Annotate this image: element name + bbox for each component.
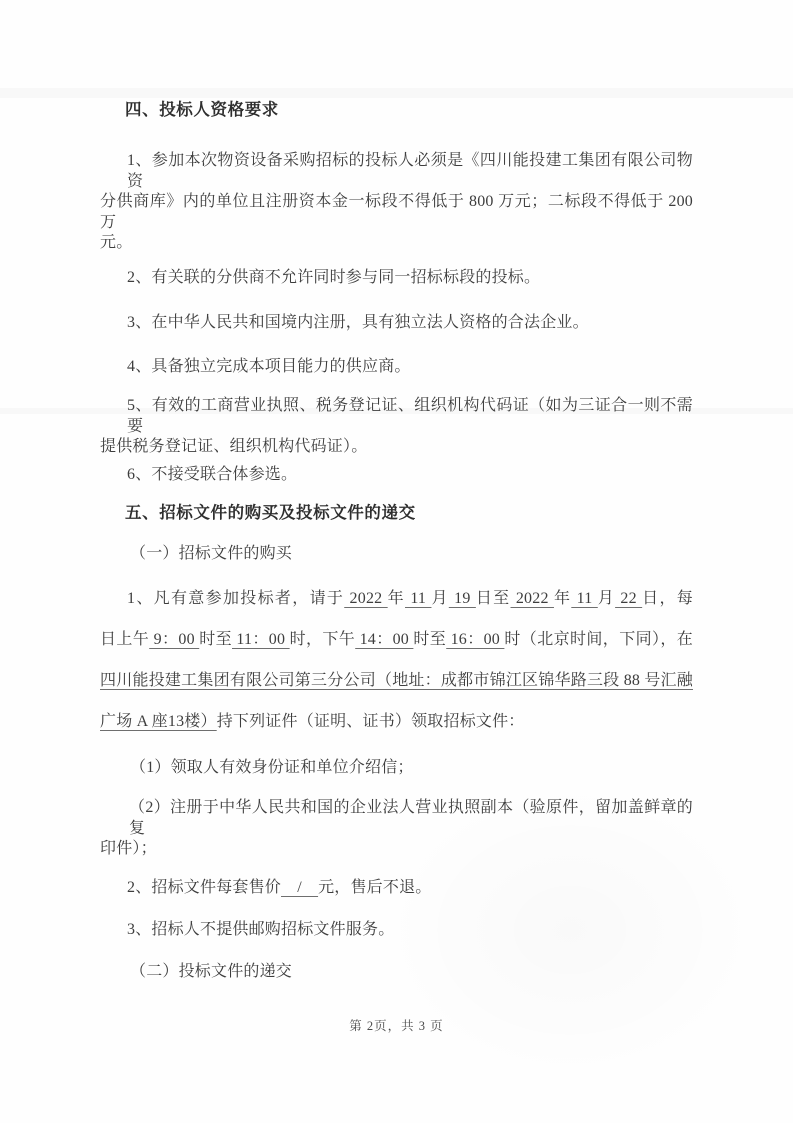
paragraph-line: 2、有关联的分供商不允许同时参与同一招标标段的投标。 — [127, 267, 540, 288]
text-segment: 1、凡有意参加投标者，请于 — [127, 590, 344, 607]
text-segment: 月 — [598, 590, 615, 607]
scan-artifact — [0, 88, 793, 98]
text-segment: 年 — [554, 590, 571, 607]
blank-field-price: / — [281, 879, 318, 896]
list-item-continuation: 印件）； — [100, 838, 157, 859]
blank-field-year: 2022 — [344, 590, 387, 607]
section-heading-bidder-qualifications: 四、投标人资格要求 — [125, 99, 279, 120]
paragraph-line: 分供商库》内的单位且注册资本金一标段不得低于 800 万元；二标段不得低于 20… — [100, 191, 693, 233]
blank-field-day: 22 — [615, 590, 642, 607]
blank-field-time: 11：00 — [232, 631, 290, 648]
text-segment: 2、招标文件每套售价 — [127, 879, 281, 896]
paragraph-line: 5、有效的工商营业执照、税务登记证、组织机构代码证（如为三证合一则不需要 — [127, 395, 693, 437]
list-item: （1）领取人有效身份证和单位介绍信； — [130, 757, 414, 778]
paragraph-line: 提供税务登记证、组织机构代码证）。 — [100, 436, 367, 457]
text-segment: 时至 — [413, 631, 446, 648]
paragraph-line: 广场 A 座13楼）持下列证件（证明、证书）领取招标文件： — [100, 711, 525, 732]
blank-field-time: 9：00 — [149, 631, 199, 648]
text-segment: 时，下午 — [290, 631, 356, 648]
paragraph-line: 3、在中华人民共和国境内注册，具有独立法人资格的合法企业。 — [127, 312, 589, 333]
page-number: 第 2页，共 3 页 — [0, 1016, 793, 1034]
blank-field-time: 16：00 — [446, 631, 504, 648]
blank-field-year: 2022 — [511, 590, 554, 607]
document-page: 四、投标人资格要求 1、参加本次物资设备采购招标的投标人必须是《四川能投建工集团… — [0, 0, 793, 1123]
blank-field-month: 11 — [405, 590, 431, 607]
blank-field-month: 11 — [571, 590, 597, 607]
paragraph-line: 4、具备独立完成本项目能力的供应商。 — [127, 356, 411, 377]
text-segment: 日，每 — [642, 590, 693, 607]
text-segment: 日上午 — [100, 631, 149, 648]
paragraph-line: 2、招标文件每套售价 / 元，售后不退。 — [127, 877, 431, 898]
text-segment: 时（北京时间，下同），在 — [504, 631, 693, 648]
section-heading-document-purchase-and-submission: 五、招标文件的购买及投标文件的递交 — [125, 502, 416, 523]
text-segment: 日至 — [476, 590, 511, 607]
company-address-underlined-segment: 广场 A 座13楼） — [100, 713, 217, 730]
text-segment: 年 — [388, 590, 405, 607]
text-segment: 持下列证件（证明、证书）领取招标文件： — [217, 713, 525, 730]
blank-field-time: 14：00 — [355, 631, 413, 648]
company-address-underlined-line: 四川能投建工集团有限公司第三分公司（地址：成都市锦江区锦华路三段 88 号汇融 — [100, 670, 693, 691]
paragraph-line: 6、不接受联合体参选。 — [127, 464, 297, 485]
paragraph-line: 元。 — [100, 232, 132, 253]
paragraph-line: 1、参加本次物资设备采购招标的投标人必须是《四川能投建工集团有限公司物资 — [127, 150, 693, 192]
subsection-heading-purchase: （一）招标文件的购买 — [130, 543, 292, 564]
text-segment: 元，售后不退。 — [318, 879, 431, 896]
blank-field-day: 19 — [449, 590, 476, 607]
paragraph-line: 日上午 9：00 时至 11：00 时，下午 14：00 时至 16：00 时（… — [100, 629, 693, 650]
text-segment: 月 — [431, 590, 448, 607]
text-segment: 时至 — [199, 631, 232, 648]
paragraph-line: 3、招标人不提供邮购招标文件服务。 — [127, 919, 394, 940]
subsection-heading-submission: （二）投标文件的递交 — [130, 961, 292, 982]
list-item: （2）注册于中华人民共和国的企业法人营业执照副本（验原件，留加盖鲜章的复 — [129, 797, 693, 839]
paragraph-line: 1、凡有意参加投标者，请于 2022 年 11 月 19 日至 2022 年 1… — [127, 588, 693, 609]
